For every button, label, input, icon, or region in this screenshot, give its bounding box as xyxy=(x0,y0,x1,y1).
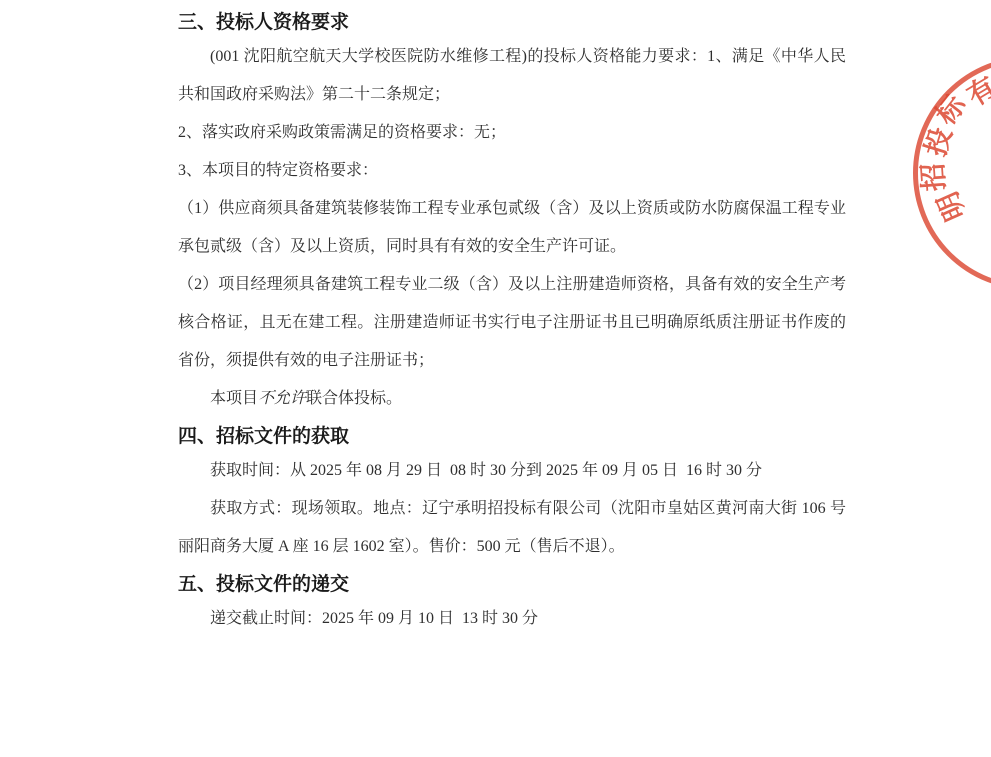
consortium-text-prefix: 本项目 xyxy=(210,390,258,407)
section-4-para-obtain-method: 获取方式：现场领取。地点：辽宁承明招投标有限公司（沈阳市皇姑区黄河南大街 106… xyxy=(178,490,846,566)
section-3-para-supplier: （1）供应商须具备建筑装修装饰工程专业承包贰级（含）及以上资质或防水防腐保温工程… xyxy=(178,190,846,266)
section-5-heading: 五、投标文件的递交 xyxy=(178,570,846,600)
section-3-heading: 三、投标人资格要求 xyxy=(178,8,846,38)
consortium-text-suffix: 联合体投标。 xyxy=(306,390,402,407)
section-4-heading: 四、招标文件的获取 xyxy=(178,422,846,452)
document-page: 三、投标人资格要求 (001 沈阳航空航天大学校医院防水维修工程)的投标人资格能… xyxy=(0,0,991,757)
section-3-para-manager: （2）项目经理须具备建筑工程专业二级（含）及以上注册建造师资格，具备有效的安全生… xyxy=(178,266,846,380)
stamp-char-icon: 明 xyxy=(931,185,973,227)
section-4-para-obtain-time: 获取时间：从 2025 年 08 月 29 日 08 时 30 分到 2025 … xyxy=(178,452,846,490)
stamp-char-icon: 标 xyxy=(929,88,974,133)
tender-notice-body: 三、投标人资格要求 (001 沈阳航空航天大学校医院防水维修工程)的投标人资格能… xyxy=(178,8,846,638)
section-3-para-qualification: (001 沈阳航空航天大学校医院防水维修工程)的投标人资格能力要求：1、满足《中… xyxy=(178,38,846,114)
stamp-char-icon: 投 xyxy=(919,122,959,162)
section-5-para-deadline: 递交截止时间：2025 年 09 月 10 日 13 时 30 分 xyxy=(178,600,846,638)
section-3-para-specific: 3、本项目的特定资格要求： xyxy=(178,152,846,190)
stamp-char-icon: 招 xyxy=(917,160,951,194)
stamp-ring-icon xyxy=(913,56,991,290)
section-3-para-policy: 2、落实政府采购政策需满足的资格要求：无； xyxy=(178,114,846,152)
consortium-text-not-allowed: 不允许 xyxy=(258,390,306,407)
section-3-para-consortium: 本项目不允许联合体投标。 xyxy=(178,380,846,418)
stamp-char-icon: 有 xyxy=(960,70,991,114)
